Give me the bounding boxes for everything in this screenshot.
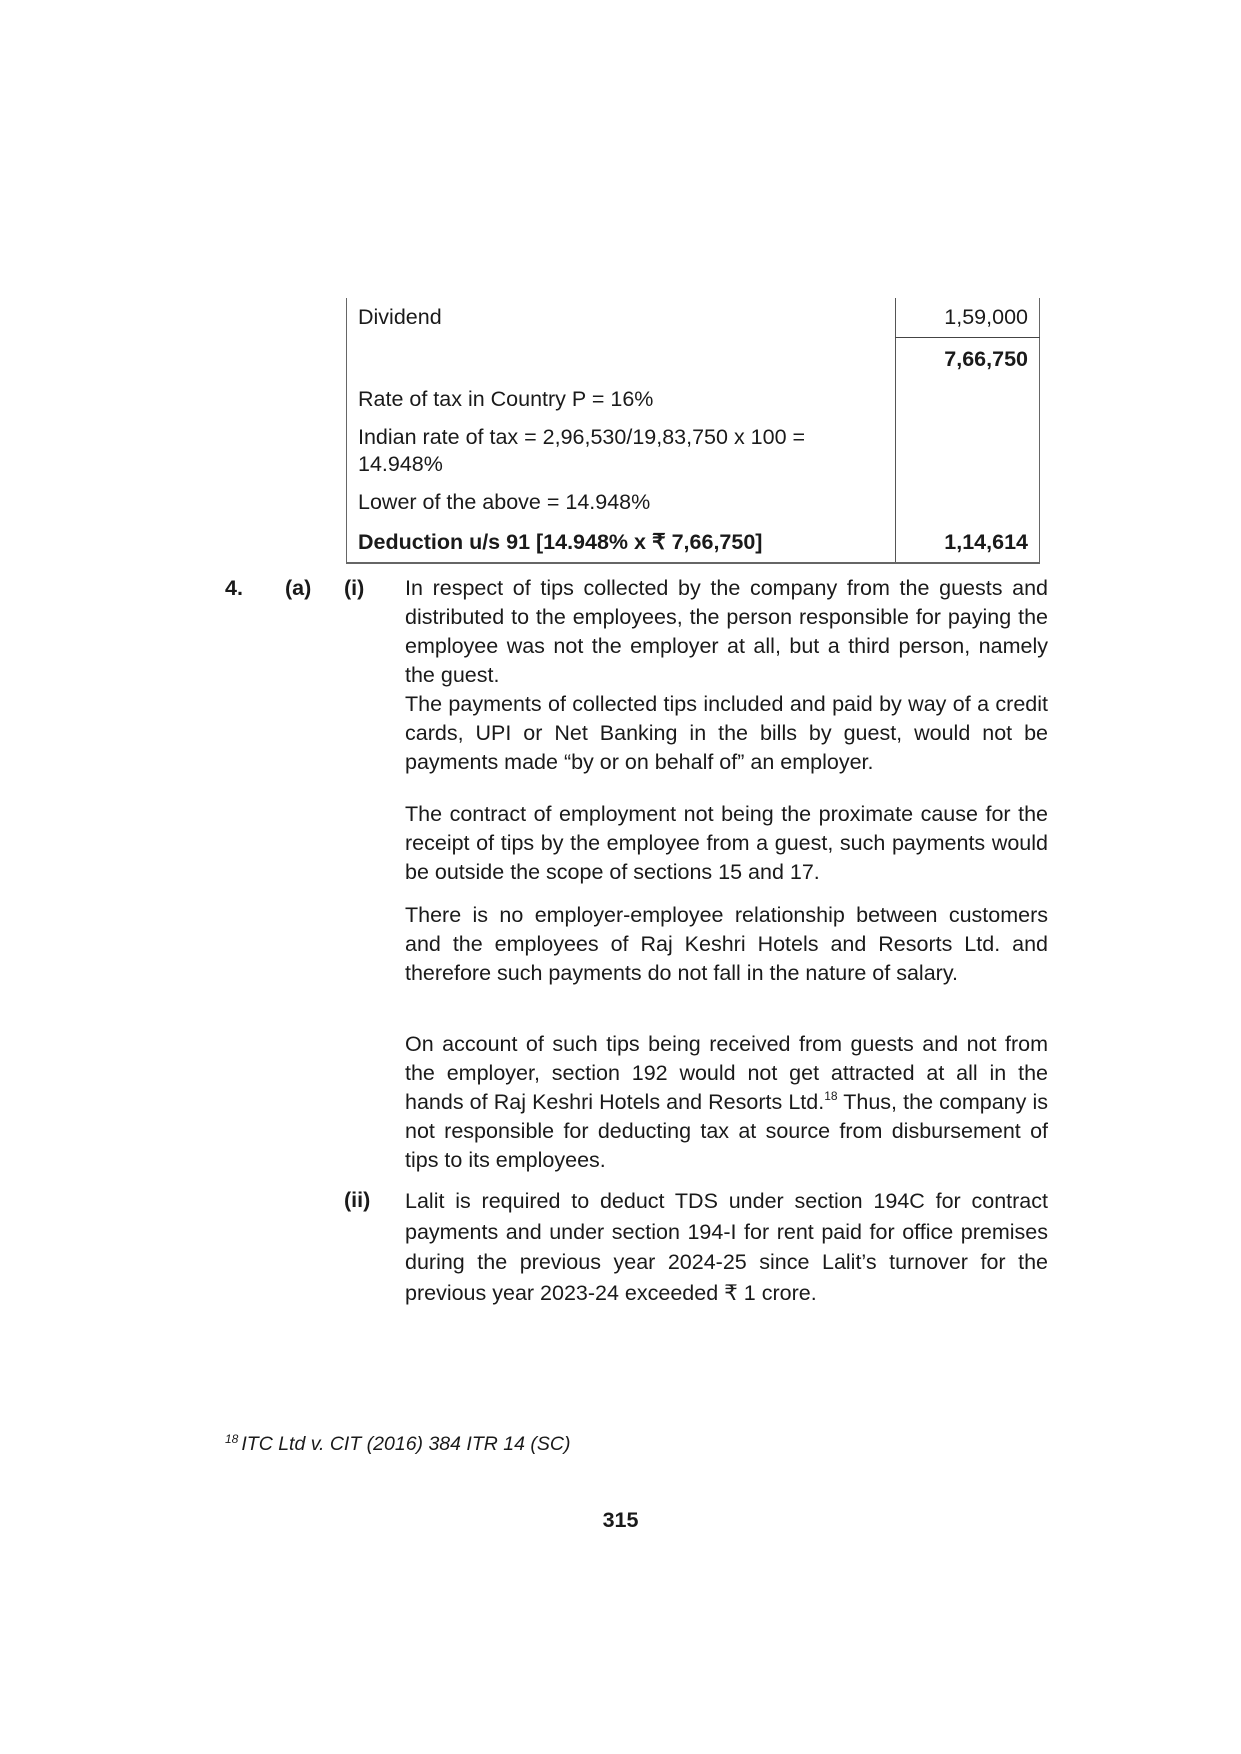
sub-part-label-i: (i) xyxy=(344,574,364,603)
table-row-indian-rate: Indian rate of tax = 2,96,530/19,83,750 … xyxy=(347,420,1040,482)
question-number: 4. xyxy=(225,574,243,603)
row-description: Rate of tax in Country P = 16% xyxy=(347,379,896,420)
table-row-country-rate: Rate of tax in Country P = 16% xyxy=(347,379,1040,420)
question-part-label: (a) xyxy=(285,574,311,603)
paragraph: Lalit is required to deduct TDS under se… xyxy=(405,1186,1048,1308)
row-amount xyxy=(895,379,1039,420)
document-page: Dividend 1,59,000 7,66,750 Rate of tax i… xyxy=(0,0,1241,1754)
row-amount-deduction: 1,14,614 xyxy=(895,523,1039,563)
footnote-number: 18 xyxy=(225,1432,238,1446)
table-row-lower-rate: Lower of the above = 14.948% xyxy=(347,482,1040,523)
row-amount: 1,59,000 xyxy=(895,298,1039,338)
paragraph: There is no employer-employee relationsh… xyxy=(405,901,1048,988)
row-amount-total: 7,66,750 xyxy=(895,338,1039,380)
row-description: Lower of the above = 14.948% xyxy=(347,482,896,523)
row-amount xyxy=(895,420,1039,482)
table-row-dividend: Dividend 1,59,000 xyxy=(347,298,1040,338)
row-description: Indian rate of tax = 2,96,530/19,83,750 … xyxy=(347,420,896,482)
footnote-reference[interactable]: 18 xyxy=(824,1089,837,1103)
table-row-deduction: Deduction u/s 91 [14.948% x ₹ 7,66,750] … xyxy=(347,523,1040,563)
table-row-total: 7,66,750 xyxy=(347,338,1040,380)
row-description xyxy=(347,338,896,380)
paragraph: In respect of tips collected by the comp… xyxy=(405,574,1048,690)
sub-part-label-ii: (ii) xyxy=(344,1186,370,1215)
paragraph: The payments of collected tips included … xyxy=(405,690,1048,777)
paragraph-with-footnote: On account of such tips being received f… xyxy=(405,1030,1048,1175)
row-description: Deduction u/s 91 [14.948% x ₹ 7,66,750] xyxy=(347,523,896,563)
row-amount xyxy=(895,482,1039,523)
page-number: 315 xyxy=(0,1508,1241,1533)
row-description: Dividend xyxy=(347,298,896,338)
footnote-text: ITC Ltd v. CIT (2016) 384 ITR 14 (SC) xyxy=(241,1433,570,1455)
paragraph: The contract of employment not being the… xyxy=(405,800,1048,887)
deduction-calculation-table: Dividend 1,59,000 7,66,750 Rate of tax i… xyxy=(346,298,1040,564)
footnote: 18ITC Ltd v. CIT (2016) 384 ITR 14 (SC) xyxy=(225,1426,570,1457)
